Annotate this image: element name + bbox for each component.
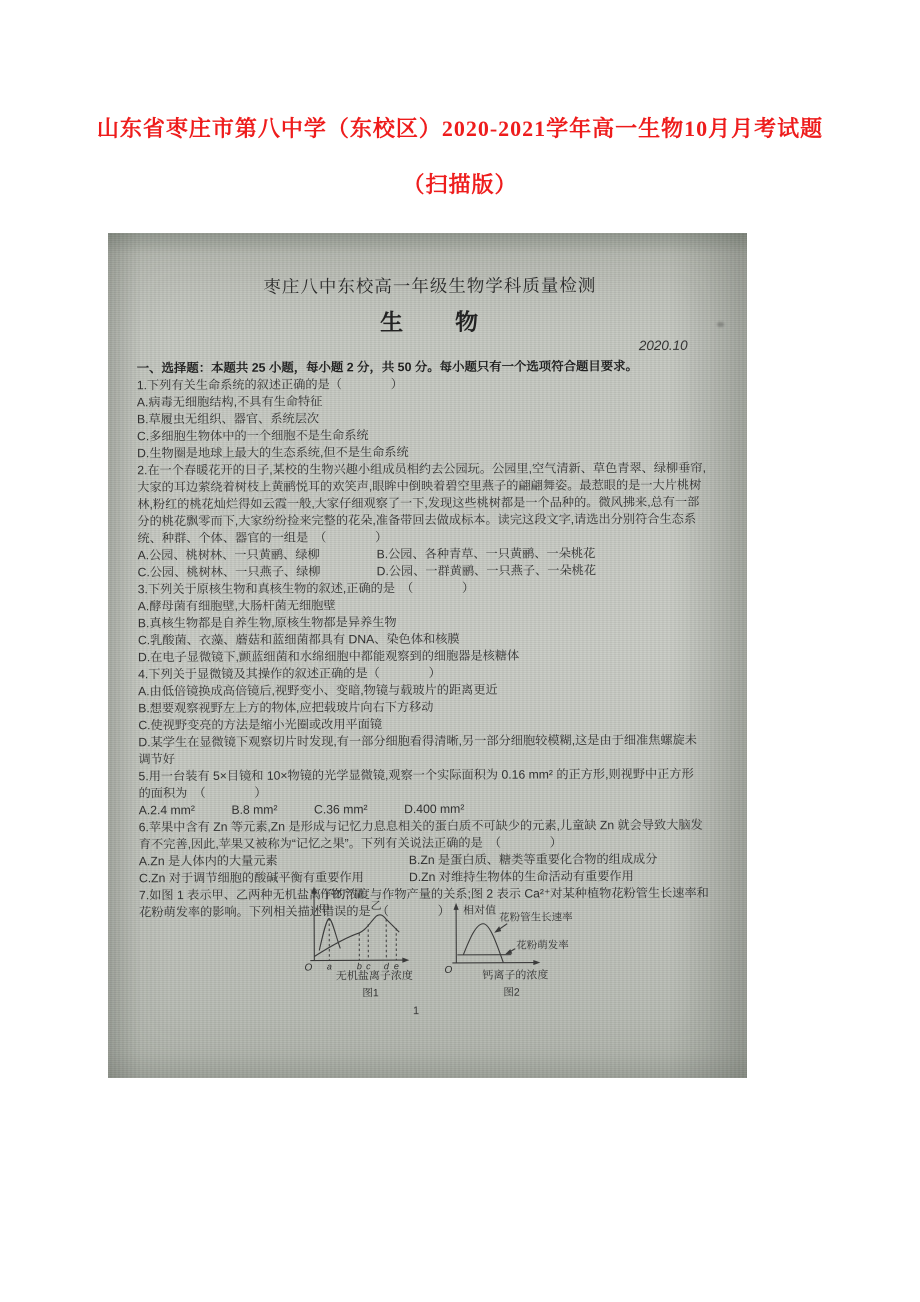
fig2-origin-label: O: [444, 965, 452, 976]
fig1-caption: 图1: [362, 987, 379, 999]
fig1-xaxis-arrow: [402, 957, 409, 962]
fig2-xlabel: 钙离子的浓度: [482, 967, 548, 981]
exam-subject: 生 物: [136, 306, 723, 339]
scan-page-number: 1: [140, 1003, 727, 1020]
exam-option: A.公园、桃树林、一只黄鹂、绿柳: [138, 546, 377, 564]
exam-text-line: 5.用一台装有 5×目镜和 10×物镜的光学显微镜,观察一个实际面积为 0.16…: [138, 766, 725, 786]
scanned-page-content: 枣庄八中东校高一年级生物学科质量检测 生 物 2020.10 一、选择题：本题共…: [106, 232, 749, 1080]
fig1-ylabel: 作物产量: [320, 886, 364, 900]
section-header: 一、选择题：本题共 25 小题，每小题 2 分，共 50 分。每小题只有一个选项…: [137, 358, 724, 378]
fig1-tick-a: a: [327, 961, 332, 971]
exam-option: B.公园、各种青草、一只黄鹂、一朵桃花: [377, 545, 596, 563]
fig2-line-arrow: [505, 949, 512, 954]
fig1-xlabel: 无机盐离子浓度: [336, 968, 413, 982]
exam-option: D.公园、一群黄鹂、一只燕子、一朵桃花: [377, 562, 596, 580]
question7-figures: 作物产量 甲 乙 O a b c d e 无机盐离子浓度: [139, 884, 726, 1002]
exam-date: 2020.10: [137, 338, 724, 357]
fig2-caption: 图2: [503, 987, 520, 999]
document-title-line2: （扫描版）: [0, 168, 920, 199]
fig2-ylabel: 相对值: [463, 903, 496, 917]
exam-option: B.Zn 是蛋白质、糖类等重要化合物的组成成分: [409, 851, 658, 869]
figure2-chart: 相对值 花粉管生长速率 花粉萌发率 O 钙离子的浓度 图2: [431, 884, 641, 1000]
exam-option: C.公园、桃树林、一只燕子、绿柳: [138, 563, 377, 581]
scanned-exam-image: 枣庄八中东校高一年级生物学科质量检测 生 物 2020.10 一、选择题：本题共…: [108, 233, 747, 1078]
exam-text-line: D.某学生在显微镜下观察切片时发现,有一部分细胞看得清晰,另一部分细胞较模糊,这…: [138, 732, 725, 752]
exam-title: 枣庄八中东校高一年级生物学科质量检测: [136, 272, 723, 301]
fig2-xaxis-arrow: [533, 960, 540, 965]
fig2-curve-label: 花粉管生长速率: [499, 910, 573, 923]
fig1-series-jia-label: 甲: [319, 902, 330, 915]
exam-text-line: 分的桃花飘零而下,大家纷纷捡来完整的花朵,准备带回去做成标本。读完这段文字,请选…: [137, 511, 724, 531]
exam-option: A.Zn 是人体内的大量元素: [139, 852, 409, 870]
figure1-chart: 作物产量 甲 乙 O a b c d e 无机盐离子浓度: [286, 885, 427, 1001]
exam-text-line: 6.苹果中含有 Zn 等元素,Zn 是形成与记忆力息息相关的蛋白质不可缺少的元素…: [139, 817, 726, 837]
fig1-yaxis-arrow: [311, 886, 316, 893]
fig2-curve-arrow: [494, 926, 501, 933]
document-title-line1: 山东省枣庄市第八中学（东校区）2020-2021学年高一生物10月月考试题: [0, 112, 920, 143]
exam-option-row: A.Zn 是人体内的大量元素 B.Zn 是蛋白质、糖类等重要化合物的组成成分: [139, 851, 726, 871]
fig1-series-yi-label: 乙: [371, 899, 382, 912]
fig1-origin-label: O: [304, 963, 312, 974]
fig2-yaxis-arrow: [453, 903, 458, 910]
page: 山东省枣庄市第八中学（东校区）2020-2021学年高一生物10月月考试题 （扫…: [0, 0, 920, 1302]
fig2-line-label: 花粉萌发率: [516, 938, 569, 951]
